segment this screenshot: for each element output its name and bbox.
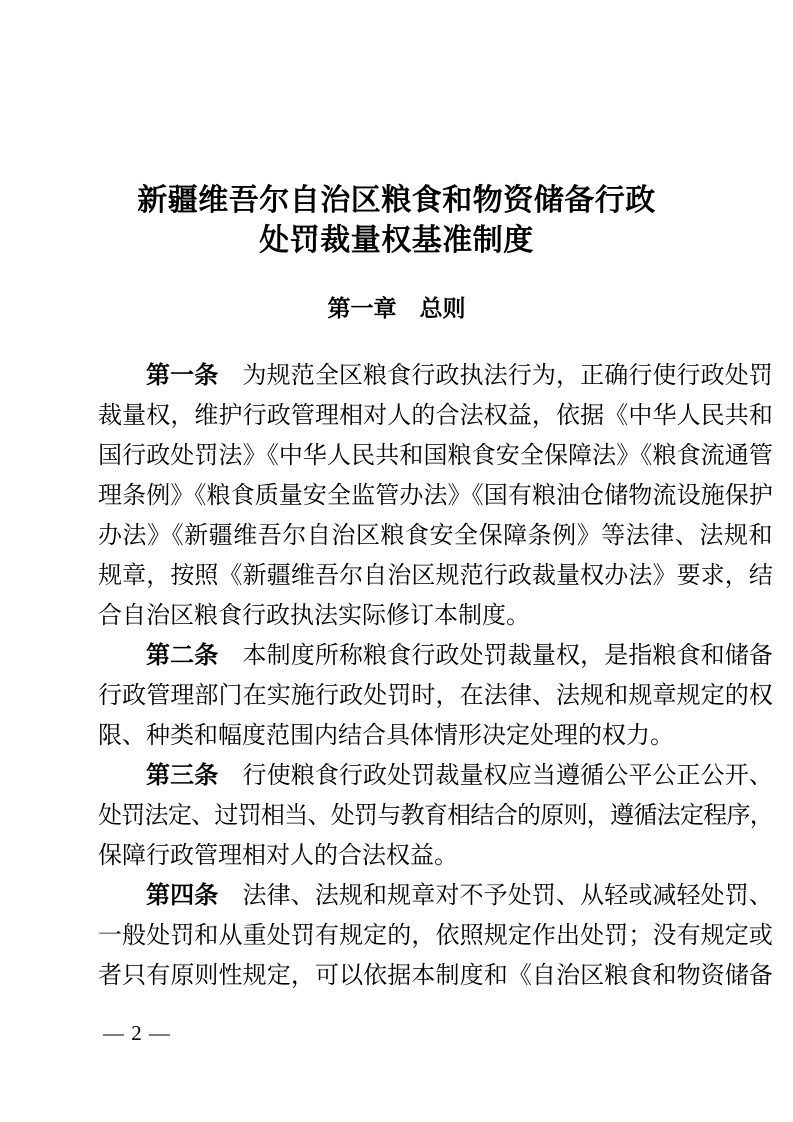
paragraph: 第四条 法律、法规和规章对不予处罚、从轻或减轻处罚、一般处罚和从重处罚有规定的，… xyxy=(98,876,773,996)
body-line-text: 理条例》《粮食质量安全监管办法》《国有粮油仓储物流设施保护 xyxy=(98,483,773,509)
body-line: 第二条 本制度所称粮食行政处罚裁量权，是指粮食和储备 xyxy=(98,636,773,676)
body-line: 行政管理部门在实施行政处罚时，在法律、法规和规章规定的权 xyxy=(98,676,773,716)
body-line: 一般处罚和从重处罚有规定的，依照规定作出处罚；没有规定或 xyxy=(98,916,773,956)
paragraph: 第一条 为规范全区粮食行政执法行为，正确行使行政处罚裁量权，维护行政管理相对人的… xyxy=(98,356,773,636)
body-line: 第一条 为规范全区粮食行政执法行为，正确行使行政处罚 xyxy=(98,356,773,396)
body-line: 第三条 行使粮食行政处罚裁量权应当遵循公平公正公开、 xyxy=(98,756,773,796)
body-line-text: 行使粮食行政处罚裁量权应当遵循公平公正公开、 xyxy=(218,763,773,789)
body-line-text: 办法》《新疆维吾尔自治区粮食安全保障条例》等法律、法规和 xyxy=(98,523,773,549)
body-line: 第四条 法律、法规和规章对不予处罚、从轻或减轻处罚、 xyxy=(98,876,773,916)
document-page: 新疆维吾尔自治区粮食和物资储备行政 处罚裁量权基准制度 第一章 总则 第一条 为… xyxy=(0,0,793,1122)
article-label: 第二条 xyxy=(146,642,218,669)
body-line: 限、种类和幅度范围内结合具体情形决定处理的权力。 xyxy=(98,716,773,756)
article-label: 第一条 xyxy=(146,362,218,389)
body-line-text: 行政管理部门在实施行政处罚时，在法律、法规和规章规定的权 xyxy=(98,683,773,709)
body-line: 处罚法定、过罚相当、处罚与教育相结合的原则，遵循法定程序， xyxy=(98,796,773,836)
chapter-heading: 第一章 总则 xyxy=(0,294,793,322)
body-line-text: 规章，按照《新疆维吾尔自治区规范行政裁量权办法》要求，结 xyxy=(98,563,773,589)
page-number: — 2 — xyxy=(103,1020,171,1046)
body-line: 合自治区粮食行政执法实际修订本制度。 xyxy=(98,596,773,636)
body-line-text: 裁量权，维护行政管理相对人的合法权益，依据《中华人民共和 xyxy=(98,403,773,429)
title-line-2: 处罚裁量权基准制度 xyxy=(0,221,793,261)
body-line-text: 保障行政管理相对人的合法权益。 xyxy=(98,843,458,869)
document-title: 新疆维吾尔自治区粮食和物资储备行政 处罚裁量权基准制度 xyxy=(0,181,793,261)
paragraph: 第二条 本制度所称粮食行政处罚裁量权，是指粮食和储备行政管理部门在实施行政处罚时… xyxy=(98,636,773,756)
article-label: 第三条 xyxy=(146,762,218,789)
body-line-text: 本制度所称粮食行政处罚裁量权，是指粮食和储备 xyxy=(218,643,773,669)
article-label: 第四条 xyxy=(146,882,218,909)
body-line-text: 限、种类和幅度范围内结合具体情形决定处理的权力。 xyxy=(98,723,674,749)
body-line-text: 国行政处罚法》《中华人民共和国粮食安全保障法》《粮食流通管 xyxy=(98,443,773,469)
body-line-text: 一般处罚和从重处罚有规定的，依照规定作出处罚；没有规定或 xyxy=(98,923,773,949)
body-line: 理条例》《粮食质量安全监管办法》《国有粮油仓储物流设施保护 xyxy=(98,476,773,516)
body-line: 保障行政管理相对人的合法权益。 xyxy=(98,836,773,876)
document-body: 第一条 为规范全区粮食行政执法行为，正确行使行政处罚裁量权，维护行政管理相对人的… xyxy=(98,356,773,996)
body-line: 办法》《新疆维吾尔自治区粮食安全保障条例》等法律、法规和 xyxy=(98,516,773,556)
body-line: 规章，按照《新疆维吾尔自治区规范行政裁量权办法》要求，结 xyxy=(98,556,773,596)
body-line: 国行政处罚法》《中华人民共和国粮食安全保障法》《粮食流通管 xyxy=(98,436,773,476)
body-line: 者只有原则性规定，可以依据本制度和《自治区粮食和物资储备 xyxy=(98,956,773,996)
body-line: 裁量权，维护行政管理相对人的合法权益，依据《中华人民共和 xyxy=(98,396,773,436)
title-line-1: 新疆维吾尔自治区粮食和物资储备行政 xyxy=(0,181,793,221)
body-line-text: 法律、法规和规章对不予处罚、从轻或减轻处罚、 xyxy=(218,883,773,909)
body-line-text: 处罚法定、过罚相当、处罚与教育相结合的原则，遵循法定程序， xyxy=(98,803,773,829)
paragraph: 第三条 行使粮食行政处罚裁量权应当遵循公平公正公开、处罚法定、过罚相当、处罚与教… xyxy=(98,756,773,876)
body-line-text: 为规范全区粮食行政执法行为，正确行使行政处罚 xyxy=(218,363,773,389)
body-line-text: 合自治区粮食行政执法实际修订本制度。 xyxy=(98,603,530,629)
body-line-text: 者只有原则性规定，可以依据本制度和《自治区粮食和物资储备 xyxy=(98,963,773,989)
